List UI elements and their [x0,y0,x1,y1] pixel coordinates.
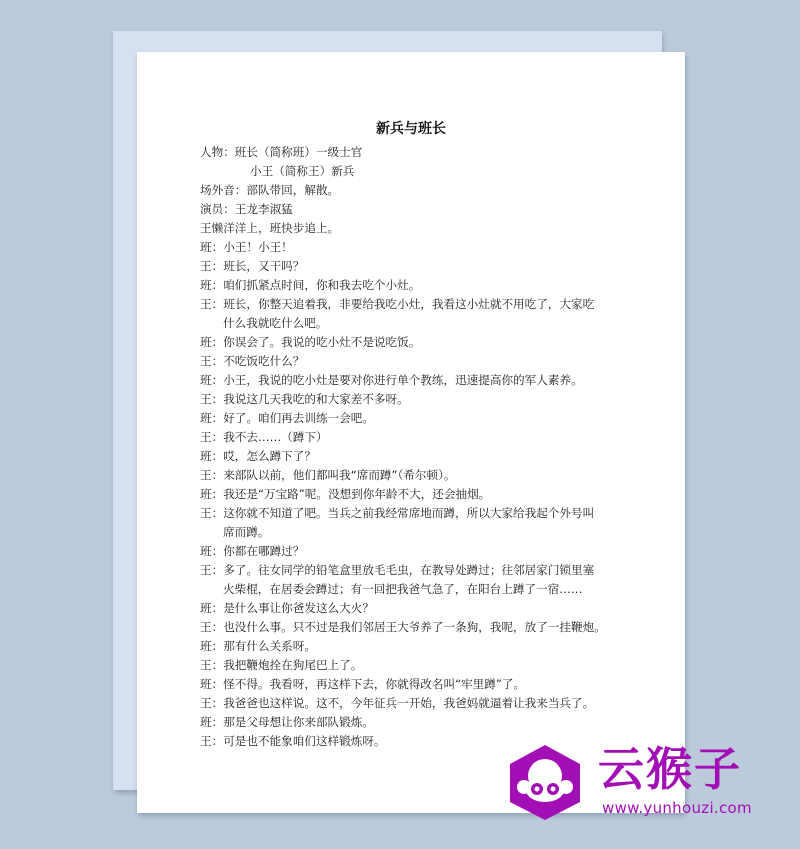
watermark-url: www.yunhouzi.com [602,799,752,817]
document-line: 班：是什么事让你爸发这么大火？ [200,599,640,618]
document-line: 班：那是父母想让你来部队锻炼。 [200,713,640,732]
document-line: 王：我把鞭炮拴在狗尾巴上了。 [200,656,640,675]
document-line: 班：咱们抓紧点时间，你和我去吃个小灶。 [200,276,640,295]
document-line: 席而蹲。 [200,523,640,542]
monkey-hexagon-icon [508,743,582,821]
document-line: 王：我说这几天我吃的和大家差不多呀。 [200,390,640,409]
document-line: 王：班长，你整天追着我，非要给我吃小灶，我看这小灶就不用吃了，大家吃 [200,295,640,314]
document-line: 王：这你就不知道了吧。当兵之前我经常席地而蹲，所以大家给我起个外号叫 [200,504,640,523]
document-line: 班：那有什么关系呀。 [200,637,640,656]
document-body: 人物：班长（简称班）一级士官小王（简称王）新兵场外音：部队带回，解散。演员：王龙… [200,143,640,751]
document-line: 演员：王龙李淑猛 [200,200,640,219]
document-line: 王：多了。往女同学的铅笔盒里放毛毛虫，在教导处蹲过；往邻居家门锁里塞 [200,561,640,580]
document-line: 班：小王！小王！ [200,238,640,257]
document-line: 班：怪不得。我看呀，再这样下去，你就得改名叫“牢里蹲”了。 [200,675,640,694]
document-line: 班：哎，怎么蹲下了？ [200,447,640,466]
document-line: 王：我不去……（蹲下） [200,428,640,447]
document-title: 新兵与班长 [137,118,685,138]
watermark-logo: 云猴子 www.yunhouzi.com [508,743,798,823]
document-line: 王：不吃饭吃什么？ [200,352,640,371]
document-line: 人物：班长（简称班）一级士官 [200,143,640,162]
document-line: 王：班长，又干吗？ [200,257,640,276]
document-line: 火柴棍，在居委会蹲过；有一回把我爸气急了，在阳台上蹲了一宿…… [200,580,640,599]
document-line: 班：你误会了。我说的吃小灶不是说吃饭。 [200,333,640,352]
document-line: 王懒洋洋上，班快步追上。 [200,219,640,238]
document-line: 班：小王，我说的吃小灶是要对你进行单个教练，迅速提高你的军人素养。 [200,371,640,390]
document-line: 什么我就吃什么吧。 [200,314,640,333]
document-line: 场外音：部队带回，解散。 [200,181,640,200]
document-line: 班：我还是“万宝路”呢。没想到你年龄不大，还会抽烟。 [200,485,640,504]
document-page: 新兵与班长 人物：班长（简称班）一级士官小王（简称王）新兵场外音：部队带回，解散… [137,52,685,813]
document-line: 王：我爸爸也这样说。这不，今年征兵一开始，我爸妈就逼着让我来当兵了。 [200,694,640,713]
watermark-brand: 云猴子 [598,743,742,795]
document-line: 班：你都在哪蹲过？ [200,542,640,561]
document-line: 王：也没什么事。只不过是我们邻居王大爷养了一条狗，我呢，放了一挂鞭炮。 [200,618,640,637]
document-title-text: 新兵与班长 [376,118,446,138]
document-line: 班：好了。咱们再去训练一会吧。 [200,409,640,428]
document-line: 小王（简称王）新兵 [200,162,640,181]
document-line: 王：来部队以前，他们都叫我“席而蹲”（希尔顿）。 [200,466,640,485]
